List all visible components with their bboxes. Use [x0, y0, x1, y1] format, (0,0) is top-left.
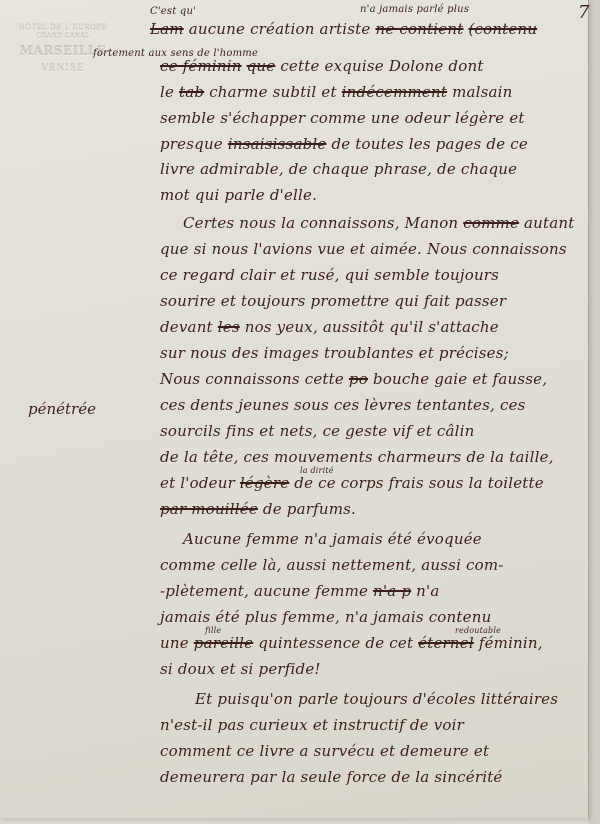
line-8: Certes nous la connaissons, Manon comme …: [183, 214, 574, 232]
line-3: le tab charme subtil et indécemment mals…: [160, 83, 513, 101]
line-7: mot qui parle d'elle.: [160, 186, 317, 204]
line-5: presque insaisissable de toutes les page…: [160, 135, 528, 153]
line-24: une pareille quintessence de cet éternel…: [160, 634, 543, 652]
margin-note-penetree: pénétrée: [28, 400, 96, 418]
struck-word: Lam: [150, 20, 184, 38]
line-25: si doux et si perfide!: [160, 660, 321, 678]
line-17: de la tête, ces mouvements charmeurs de …: [160, 448, 554, 466]
line-29: demeurera par la seule force de la sincé…: [160, 768, 503, 786]
line-10: ce regard clair et rusé, qui semble touj…: [160, 266, 499, 284]
line-27: n'est-il pas curieux et instructif de vo…: [160, 716, 464, 734]
line-15: ces dents jeunes sous ces lèvres tentant…: [160, 396, 526, 414]
line-16: sourcils fins et nets, ce geste vif et c…: [160, 422, 475, 440]
line-9: que si nous l'avions vue et aimée. Nous …: [160, 240, 567, 258]
line-2: ce féminin que cette exquise Dolone dont: [160, 57, 484, 75]
insertion-cest-qu: C'est qu': [150, 6, 196, 18]
line-19: par mouillée de parfums.: [160, 500, 356, 518]
letterhead-line1: HÔTEL DE L'EUROPE: [8, 24, 118, 33]
letterhead-line2: GRAND CANAL: [8, 33, 118, 41]
line-22: -plètement, aucune femme n'a p n'a: [160, 582, 439, 600]
line-21: comme celle là, aussi nettement, aussi c…: [160, 556, 504, 574]
insertion-jamais-parle: n'a jamais parlé plus: [360, 4, 469, 16]
line-11: sourire et toujours promettre qui fait p…: [160, 292, 506, 310]
line-14: Nous connaissons cette po bouche gaie et…: [160, 370, 547, 388]
page-number: 7: [578, 2, 589, 23]
line-20: Aucune femme n'a jamais été évoquée: [183, 530, 482, 548]
line-13: sur nous des images troublantes et préci…: [160, 344, 509, 362]
line-12: devant les nos yeux, aussitôt qu'il s'at…: [160, 318, 499, 336]
line-18: et l'odeur légère de ce corps frais sous…: [160, 474, 544, 492]
background-edge: [588, 0, 600, 824]
line-23: jamais été plus femme, n'a jamais conten…: [160, 608, 491, 626]
letterhead-line4: VENISE: [8, 63, 118, 75]
line-1: Lam aucune création artiste ne contient …: [150, 20, 537, 38]
manuscript-page: HÔTEL DE L'EUROPE GRAND CANAL MARSEILLE …: [0, 0, 589, 818]
line-6: livre admirable, de chaque phrase, de ch…: [160, 160, 517, 178]
line-26: Et puisqu'on parle toujours d'écoles lit…: [195, 690, 558, 708]
line-4: semble s'échapper comme une odeur légère…: [160, 109, 525, 127]
line-28: comment ce livre a survécu et demeure et: [160, 742, 489, 760]
